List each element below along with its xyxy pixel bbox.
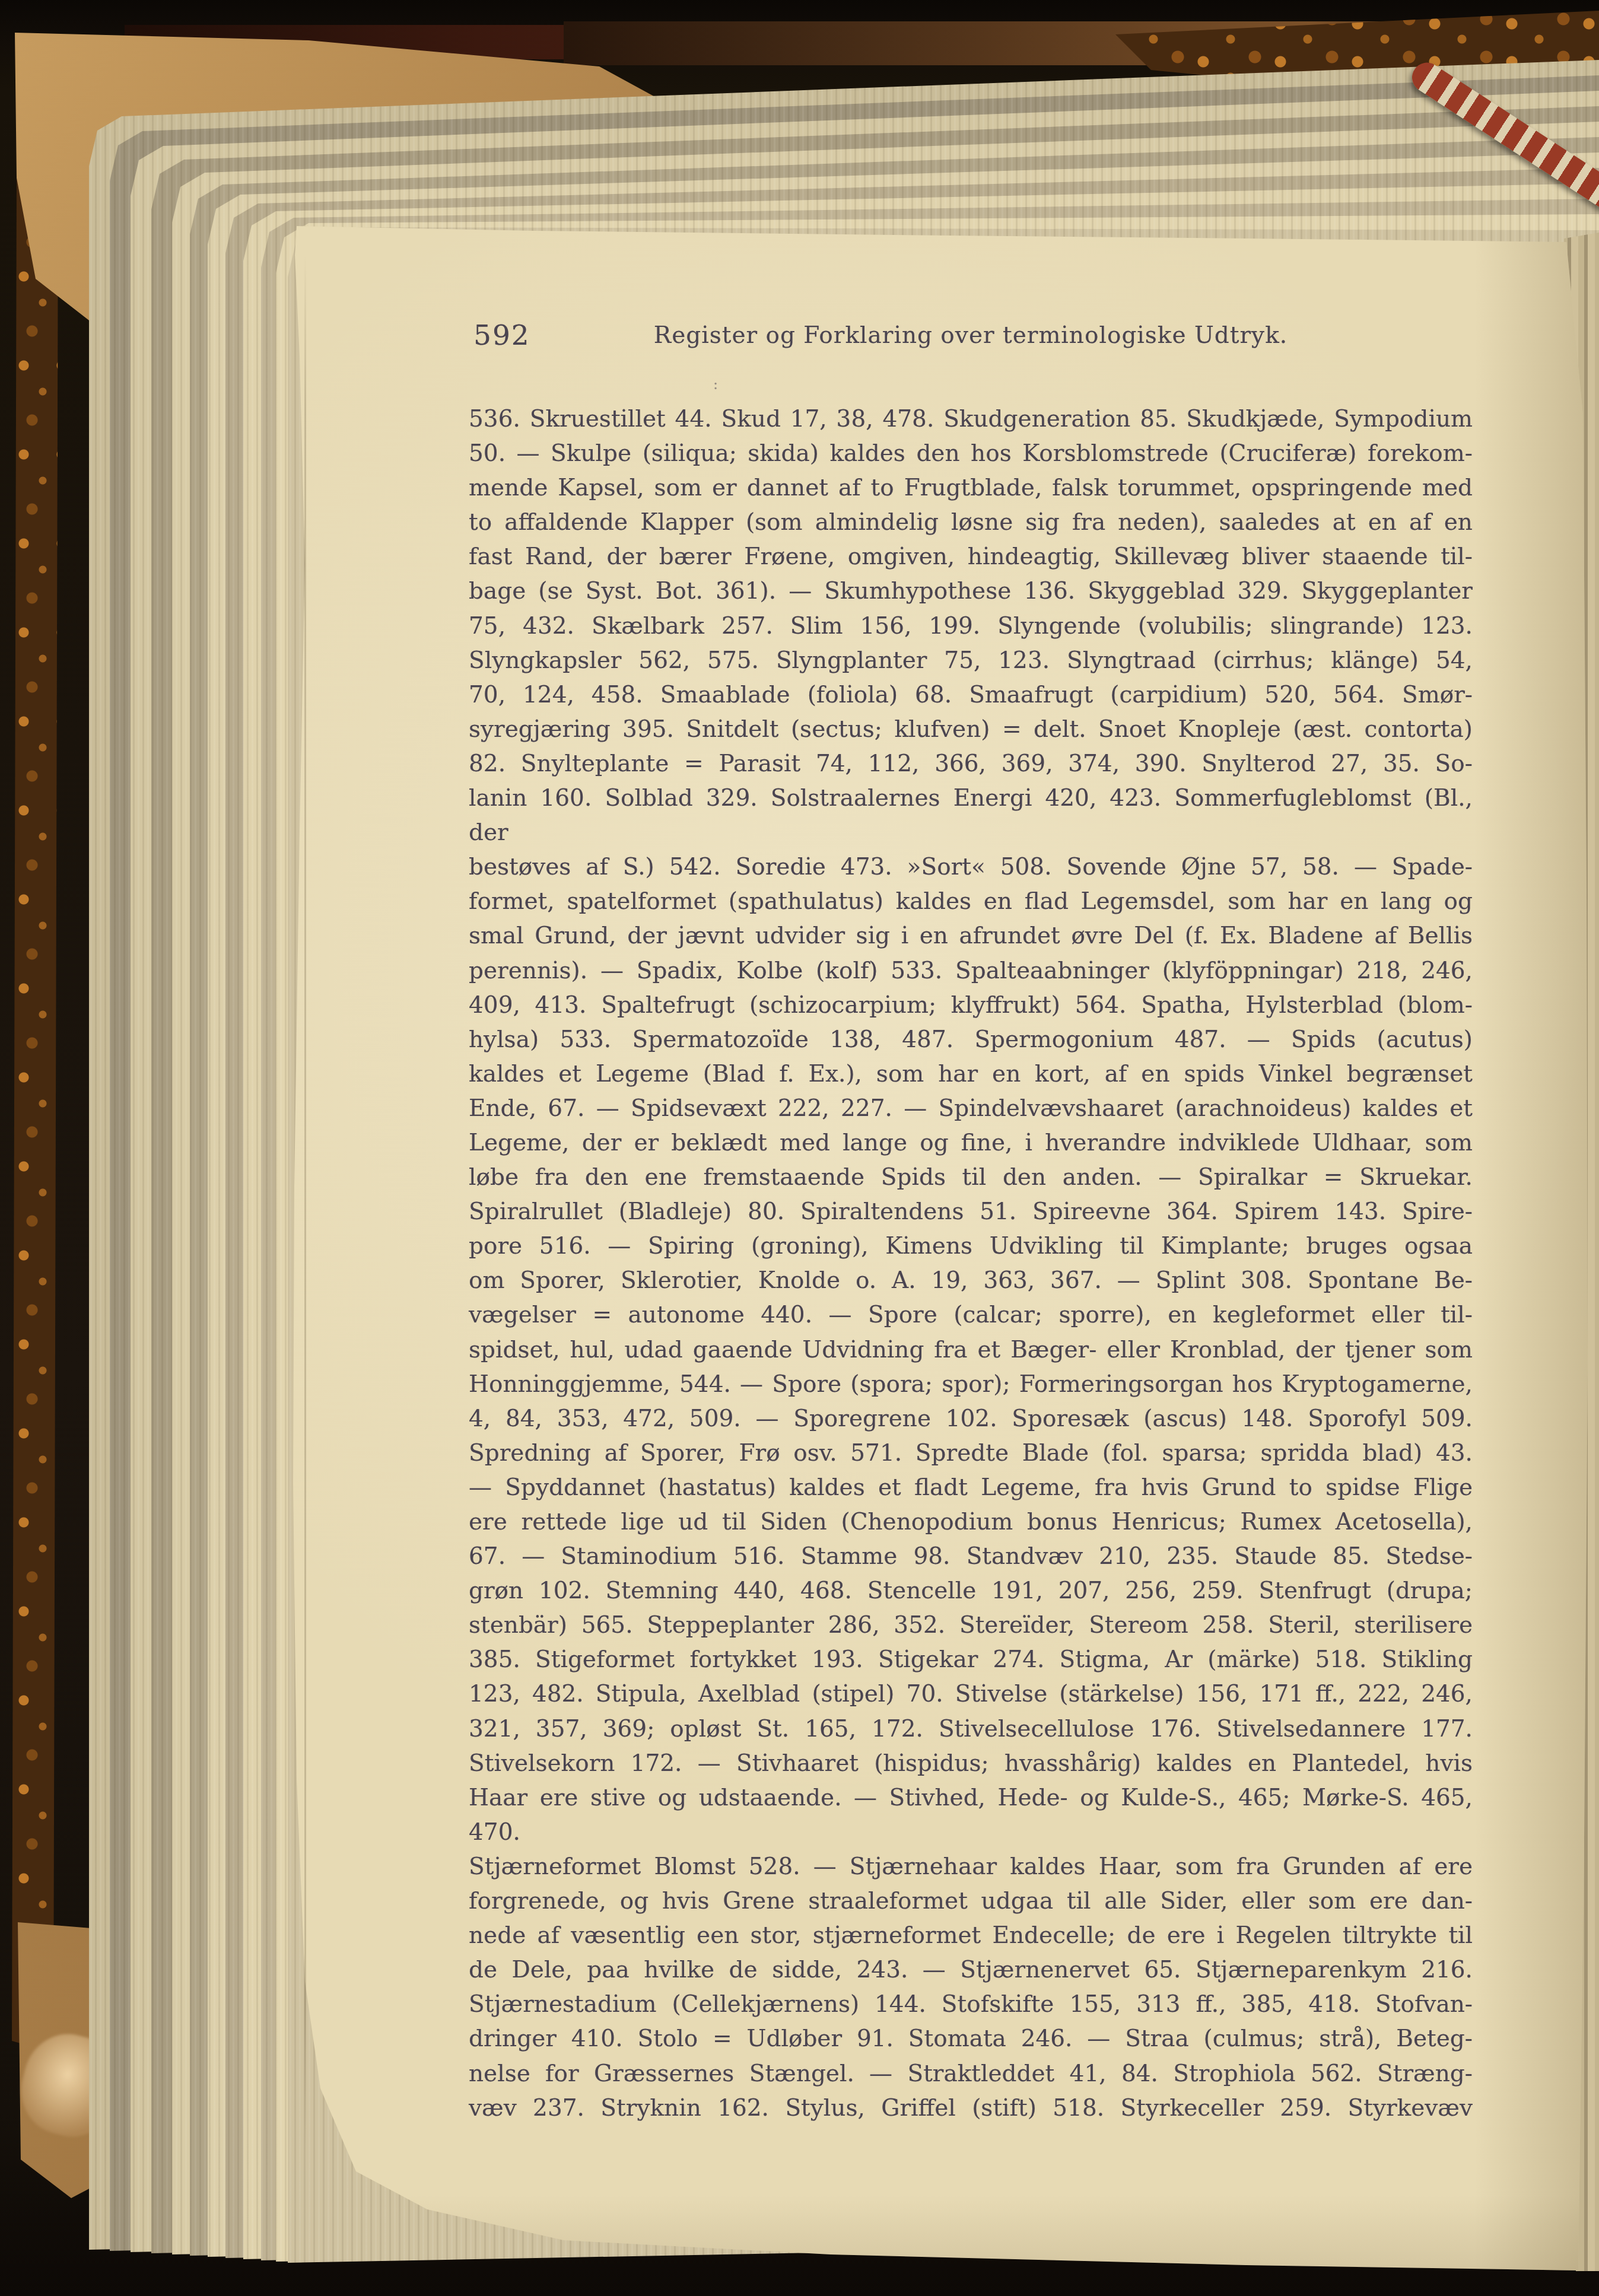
text-line: 4, 84, 353, 472, 509. — Sporegrene 102. … xyxy=(469,1402,1473,1436)
running-title: Register og Forklaring over terminologis… xyxy=(469,319,1473,349)
marbled-cover-edge-left xyxy=(12,172,58,2053)
text-line: nelse for Græssernes Stængel. — Straktle… xyxy=(469,2057,1473,2091)
text-line: 123, 482. Stipula, Axelblad (stipel) 70.… xyxy=(469,1677,1473,1712)
text-line: mende Kapsel, som er dannet af to Frugtb… xyxy=(469,471,1473,505)
text-line: forgrenede, og hvis Grene straaleformet … xyxy=(469,1884,1473,1919)
text-line: fast Rand, der bærer Frøene, omgiven, hi… xyxy=(469,540,1473,574)
book-photo-scene: 592 Register og Forklaring over terminol… xyxy=(0,0,1599,2296)
text-line: formet, spatelformet (spathulatus) kalde… xyxy=(469,885,1473,919)
text-line: vægelser = autonome 440. — Spore (calcar… xyxy=(469,1298,1473,1333)
text-line: 385. Stigeformet fortykket 193. Stigekar… xyxy=(469,1643,1473,1677)
page-header: 592 Register og Forklaring over terminol… xyxy=(469,319,1473,355)
text-line: om Sporer, Sklerotier, Knolde o. A. 19, … xyxy=(469,1264,1473,1298)
text-line: 82. Snylteplante = Parasit 74, 112, 366,… xyxy=(469,747,1473,781)
text-line: bestøves af S.) 542. Soredie 473. »Sort«… xyxy=(469,850,1473,885)
text-line: 67. — Staminodium 516. Stamme 98. Standv… xyxy=(469,1540,1473,1574)
text-line: 75, 432. Skælbark 257. Slim 156, 199. Sl… xyxy=(469,609,1473,644)
text-line: — Spyddannet (hastatus) kaldes et fladt … xyxy=(469,1471,1473,1505)
text-line: stenbär) 565. Steppeplanter 286, 352. St… xyxy=(469,1608,1473,1643)
text-line: 321, 357, 369; opløst St. 165, 172. Stiv… xyxy=(469,1712,1473,1747)
text-line: smal Grund, der jævnt udvider sig i en a… xyxy=(469,919,1473,953)
text-line: kaldes et Legeme (Blad f. Ex.), som har … xyxy=(469,1057,1473,1092)
text-line: lanin 160. Solblad 329. Solstraalernes E… xyxy=(469,781,1473,850)
text-line: Stjærnestadium (Cellekjærnens) 144. Stof… xyxy=(469,1987,1473,2022)
text-line: Stivelsekorn 172. — Stivhaaret (hispidus… xyxy=(469,1747,1473,1781)
text-line: ere rettede lige ud til Siden (Chenopodi… xyxy=(469,1505,1473,1540)
text-line: 409, 413. Spaltefrugt (schizocarpium; kl… xyxy=(469,988,1473,1023)
text-line: to affaldende Klapper (som almindelig lø… xyxy=(469,505,1473,540)
text-line: spidset, hul, udad gaaende Udvidning fra… xyxy=(469,1333,1473,1368)
text-line: pore 516. — Spiring (groning), Kimens Ud… xyxy=(469,1229,1473,1264)
text-line: Stjærneformet Blomst 528. — Stjærnehaar … xyxy=(469,1850,1473,1884)
text-line: nede af væsentlig een stor, stjærneforme… xyxy=(469,1919,1473,1953)
text-line: bage (se Syst. Bot. 361). — Skumhypothes… xyxy=(469,574,1473,609)
under-leaf-edge-line xyxy=(304,255,306,2154)
text-line: perennis). — Spadix, Kolbe (kolf) 533. S… xyxy=(469,954,1473,988)
text-line: grøn 102. Stemning 440, 468. Stencelle 1… xyxy=(469,1574,1473,1608)
page-number: 592 xyxy=(473,319,530,352)
text-line: væv 237. Stryknin 162. Stylus, Griffel (… xyxy=(469,2091,1473,2126)
text-line: dringer 410. Stolo = Udløber 91. Stomata… xyxy=(469,2022,1473,2056)
text-line: Ende, 67. — Spidsevæxt 222, 227. — Spind… xyxy=(469,1092,1473,1126)
text-line: 536. Skruestillet 44. Skud 17, 38, 478. … xyxy=(469,402,1473,437)
text-line: Haar ere stive og udstaaende. — Stivhed,… xyxy=(469,1781,1473,1850)
text-line: 50. — Skulpe (siliqua; skida) kaldes den… xyxy=(469,437,1473,471)
text-line: Spiralrullet (Bladleje) 80. Spiraltenden… xyxy=(469,1195,1473,1229)
text-line: syregjæring 395. Snitdelt (sectus; klufv… xyxy=(469,713,1473,747)
text-line: Honninggjemme, 544. — Spore (spora; spor… xyxy=(469,1368,1473,1402)
text-block: 536. Skruestillet 44. Skud 17, 38, 478. … xyxy=(469,402,1473,2126)
text-line: løbe fra den ene fremstaaende Spids til … xyxy=(469,1160,1473,1195)
text-line: Spredning af Sporer, Frø osv. 571. Spred… xyxy=(469,1436,1473,1471)
text-line: 70, 124, 458. Smaablade (foliola) 68. Sm… xyxy=(469,678,1473,713)
text-line: Legeme, der er beklædt med lange og fine… xyxy=(469,1126,1473,1160)
text-line: Slyngkapsler 562, 575. Slyngplanter 75, … xyxy=(469,644,1473,678)
text-line: de Dele, paa hvilke de sidde, 243. — Stj… xyxy=(469,1953,1473,1987)
printer-mark: : xyxy=(713,376,718,393)
text-line: hylsa) 533. Spermatozoïde 138, 487. Sper… xyxy=(469,1023,1473,1057)
